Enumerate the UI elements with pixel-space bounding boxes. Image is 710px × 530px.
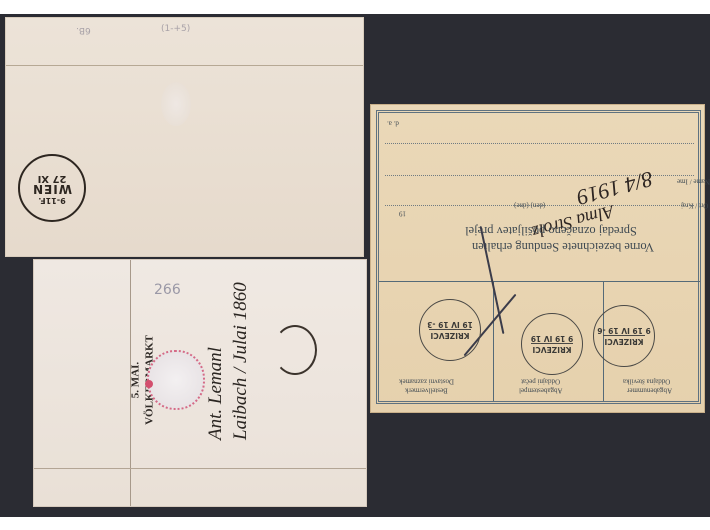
address-line: Ant. Lemanl xyxy=(204,270,229,440)
column-label-slovene: Oddajna številka xyxy=(623,377,670,385)
cover-fold-line xyxy=(6,65,363,66)
form-mark: d. a. xyxy=(387,119,399,127)
straight-line-cancel: VÖLKERMARKT 5. MAI. xyxy=(77,335,157,425)
postmark: KRIZEVCI 9 19 IV 19 xyxy=(521,313,583,375)
postmark-town: WIEN xyxy=(32,183,72,196)
field-label-year: 19 xyxy=(399,209,406,217)
postmark-bar xyxy=(429,330,471,331)
postmark-town: KRIZEVCI xyxy=(532,345,571,355)
postmark-date: 9 19 IV 19 xyxy=(531,334,574,344)
pencil-note: (1-+5) xyxy=(161,24,190,34)
postmark: KRIZEVCI 19 IV 19 -3 xyxy=(419,299,481,361)
form-heading-german: Vorne bezeichnete Sendung erhalten xyxy=(463,239,663,253)
field-label-place: Ort / Kraj xyxy=(681,201,708,209)
postmark-time: 9-11F. xyxy=(38,195,65,203)
cancel-date: 5. MAI. xyxy=(128,335,142,425)
postmark-bar xyxy=(603,336,645,337)
column-divider xyxy=(493,281,494,401)
column-label-german: Bestellvermerk xyxy=(405,386,448,394)
field-label-name: Name / Ime xyxy=(677,177,710,185)
postal-receipt-form: d. a. Name / Ime Ort / Kraj (den) (dne) … xyxy=(371,105,704,412)
postmark-date: 19 IV 19 -3 xyxy=(427,320,473,330)
postmark: KRIZEVCI 9 19 IV 19 -6 xyxy=(593,305,655,367)
wax-seal xyxy=(147,350,205,410)
pencil-note: 6B. xyxy=(76,25,91,35)
form-rule xyxy=(385,143,694,144)
postmark-town: KRIZEVCI xyxy=(604,337,643,347)
address-line: Laibach / Julai 1860 xyxy=(229,270,254,440)
cover-fold-line xyxy=(34,468,366,469)
postmark-date: 9 19 IV 19 -6 xyxy=(597,326,650,336)
cover-laibach: 266 VÖLKERMARKT 5. MAI. Ant. Lemanl Laib… xyxy=(34,260,366,506)
column-label-german: Abgabenummer xyxy=(627,386,672,394)
column-label-slovene: Dostavni zaznamek xyxy=(399,377,454,385)
postmark-date: 27 XI xyxy=(38,172,67,183)
postmark-town: KRIZEVCI xyxy=(430,331,469,341)
postmark-bar xyxy=(531,344,573,345)
wien-postmark: 9-11F. WIEN 27 XI xyxy=(18,154,86,222)
column-label-german: Abgabestempel xyxy=(519,386,563,394)
manuscript-address: Ant. Lemanl Laibach / Julai 1860 xyxy=(204,270,374,440)
cover-wien: 6B. (1-+5) 9-11F. WIEN 27 XI xyxy=(6,18,363,256)
embossed-seal xyxy=(161,82,191,126)
column-label-slovene: Oddajni pečat xyxy=(521,377,560,385)
field-label-day: (den) (dne) xyxy=(514,201,545,209)
form-separator xyxy=(379,281,700,282)
pencil-number: 266 xyxy=(154,282,181,298)
